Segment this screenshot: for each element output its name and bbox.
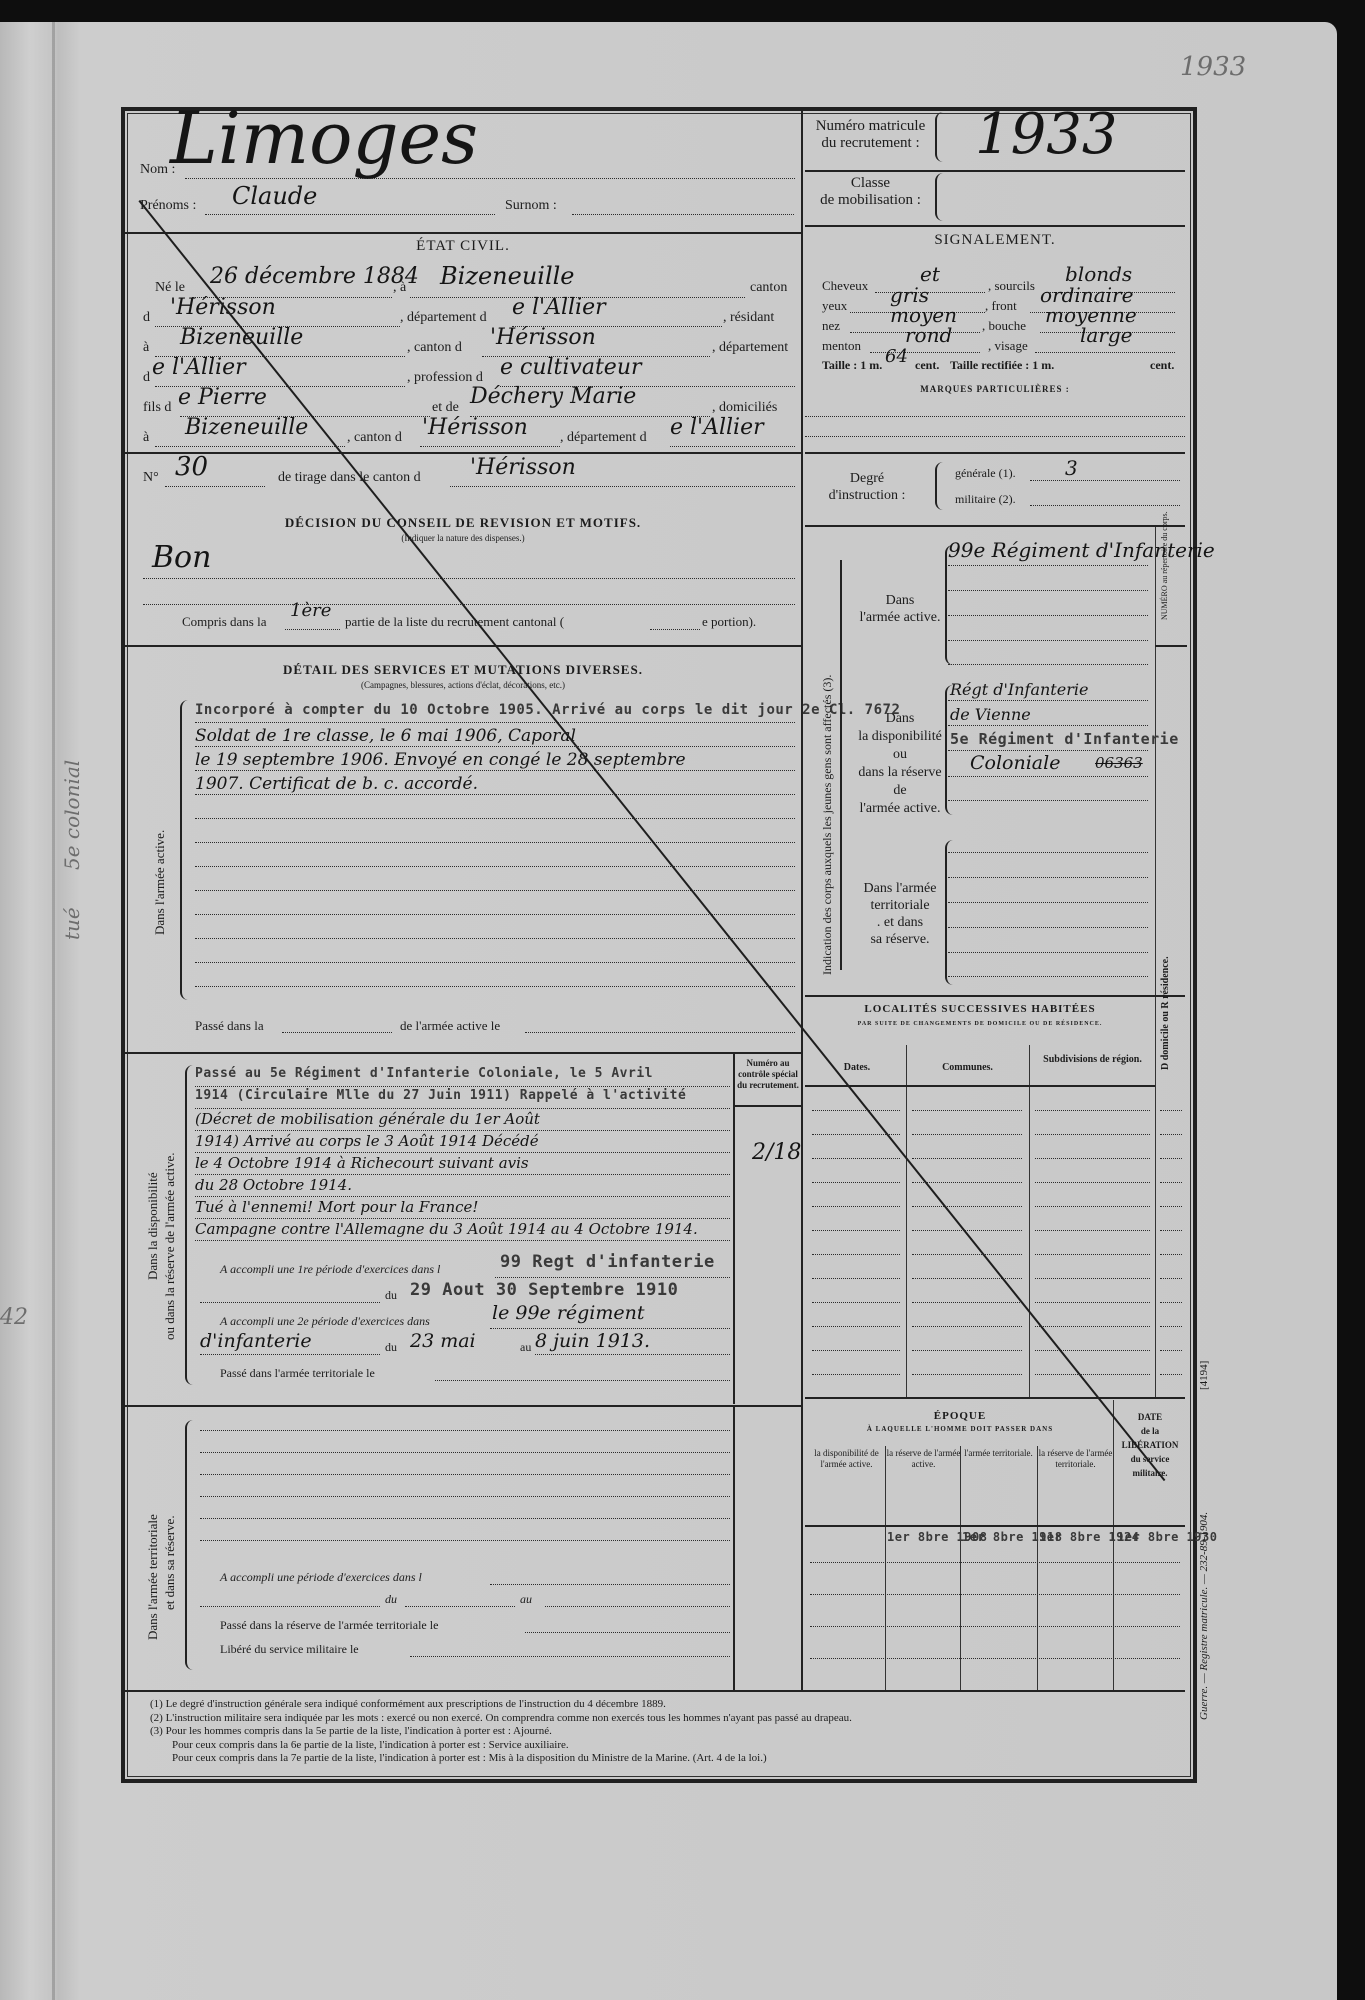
ruled-line <box>195 986 795 987</box>
footnote: Pour ceux compris dans la 6e partie de l… <box>150 1739 1180 1753</box>
ruled-line <box>912 1110 1022 1111</box>
ruled-line <box>812 1230 900 1231</box>
header-line: LIBÉRATION <box>1115 1438 1185 1452</box>
ruled-line <box>195 1174 730 1175</box>
ruled-line <box>1160 1326 1182 1327</box>
ruled-line <box>1035 1158 1150 1159</box>
localites-title: LOCALITÉS SUCCESSIVES HABITÉES <box>810 1003 1150 1015</box>
ruled-line <box>200 1430 730 1431</box>
label-line: la disponibilité <box>845 728 955 746</box>
ruled-line <box>200 1452 730 1453</box>
label-line: Dans <box>845 710 955 728</box>
ruled-line <box>1160 1110 1182 1111</box>
ruled-line <box>200 1540 730 1541</box>
services-title: DÉTAIL DES SERVICES ET MUTATIONS DIVERSE… <box>125 662 801 678</box>
taille-value: 64 <box>885 346 908 367</box>
periode2-au: 8 juin 1913. <box>535 1330 650 1352</box>
ruled-line <box>195 722 795 723</box>
classe-label: Classede mobilisation : <box>808 175 933 209</box>
domicile-parents: Bizeneuille <box>185 415 308 440</box>
ruled-line <box>812 1110 900 1111</box>
ruled-line <box>1035 1278 1150 1279</box>
localites-col-2: Communes. <box>906 1062 1029 1073</box>
ruled-line <box>912 1326 1022 1327</box>
reserve-service-entry: Passé au 5e Régiment d'Infanterie Coloni… <box>195 1066 653 1081</box>
ruled-line <box>195 938 795 939</box>
footnote: Pour ceux compris dans la 7e partie de l… <box>150 1752 1180 1766</box>
pencil-margin-note-2: tué <box>60 907 84 940</box>
localites-col-1: Dates. <box>808 1062 906 1073</box>
imprint: Guerre. — Registre matricule. — 232-89-1… <box>1198 1512 1210 1720</box>
ruled-line <box>812 1182 900 1183</box>
label-line: dans la réserve <box>845 764 955 782</box>
corps-side-label: Indication des corps auxquels les jeunes… <box>820 675 835 975</box>
reserve-service-entry: 1914) Arrivé au corps le 3 Août 1914 Déc… <box>195 1132 539 1150</box>
pencil-page-number: 1933 <box>1180 52 1246 82</box>
column-divider <box>960 1446 961 1690</box>
corps-dispo-value-1: Régt d'Infanterie <box>950 680 1088 699</box>
profession: e cultivateur <box>500 355 642 380</box>
ruled-line <box>812 1374 900 1375</box>
ruled-line <box>912 1254 1022 1255</box>
mere: Déchery Marie <box>470 384 636 409</box>
partie-value: 1ère <box>290 600 331 621</box>
ruled-line <box>200 1496 730 1497</box>
ruled-line <box>1035 1302 1150 1303</box>
ruled-line <box>812 1158 900 1159</box>
corps-dispo-value-4: Coloniale <box>970 752 1060 774</box>
side-label-terr-1: Dans l'armée territoriale <box>145 1514 161 1640</box>
ruled-line <box>195 1130 730 1131</box>
etat-civil-title: ÉTAT CIVIL. <box>125 238 801 255</box>
ruled-line <box>195 962 795 963</box>
departement-residence: e l'Allier <box>152 355 246 380</box>
header-line: militaire. <box>1115 1466 1185 1480</box>
ruled-line <box>195 1218 730 1219</box>
localites-col-3: Subdivisions de région. <box>1035 1054 1150 1066</box>
matricule-label: Numéro matriculedu recrutement : <box>808 118 933 152</box>
ruled-line <box>912 1278 1022 1279</box>
corps-dispo-label: Dansla disponibilitéoudans la réservedel… <box>845 710 955 818</box>
label-line: l'armée active. <box>845 800 955 818</box>
footnote: (1) Le degré d'instruction générale sera… <box>150 1698 1180 1712</box>
date-naissance: 26 décembre 1884 <box>210 264 419 289</box>
ruled-line <box>200 1474 730 1475</box>
ruled-line <box>812 1278 900 1279</box>
label-line: de <box>845 782 955 800</box>
footnote: (2) L'instruction militaire sera indiqué… <box>150 1712 1180 1726</box>
canton-parents: 'Hérisson <box>422 415 528 440</box>
corps-dispo-number: 06363 <box>1095 754 1143 772</box>
epoque-column-header: la réserve de l'armée territoriale. <box>1037 1448 1114 1470</box>
ruled-line <box>1160 1182 1182 1183</box>
ruled-line <box>812 1302 900 1303</box>
ruled-line <box>1160 1134 1182 1135</box>
footnotes: (1) Le degré d'instruction générale sera… <box>150 1698 1180 1766</box>
ruled-line <box>912 1302 1022 1303</box>
ruled-line <box>912 1182 1022 1183</box>
reserve-service-entry: Tué à l'ennemi! Mort pour la France! <box>195 1198 478 1216</box>
side-label-dispo-1: Dans la disponibilité <box>145 1172 161 1280</box>
corps-active-label: Dansl'armée active. <box>845 592 955 626</box>
ruled-line <box>1160 1206 1182 1207</box>
column-divider <box>801 111 803 1691</box>
epoque-title: ÉPOQUE <box>810 1410 1110 1422</box>
ruled-line <box>1160 1158 1182 1159</box>
ruled-line <box>195 1152 730 1153</box>
surnom-label: Surnom : <box>505 198 557 214</box>
ruled-line <box>912 1134 1022 1135</box>
ruled-line <box>1160 1350 1182 1351</box>
ruled-line <box>912 1374 1022 1375</box>
label-line: territoriale <box>845 897 955 914</box>
numero-tirage: 30 <box>175 452 208 482</box>
ruled-line <box>1160 1230 1182 1231</box>
label-line: . et dans <box>845 914 955 931</box>
ruled-line <box>195 1108 730 1109</box>
ruled-line <box>1160 1254 1182 1255</box>
controle-header: Numéro au contrôle spécial du recrutemen… <box>735 1058 801 1091</box>
pere: e Pierre <box>178 385 267 410</box>
periode2-du: 23 mai <box>410 1330 476 1352</box>
header-divider <box>125 232 801 234</box>
instruction-label: Degréd'instruction : <box>812 470 922 504</box>
footnote: (3) Pour les hommes compris dans la 5e p… <box>150 1725 1180 1739</box>
ruled-line <box>1160 1302 1182 1303</box>
periode1-value: 99 Regt d'infanterie <box>500 1252 715 1272</box>
ruled-line <box>1035 1326 1150 1327</box>
pencil-margin-note: 5e colonial <box>60 760 84 870</box>
ruled-line <box>195 818 795 819</box>
instruction-generale-value: 3 <box>1065 456 1078 480</box>
header-line: DATE <box>1115 1410 1185 1424</box>
corps-active-value: 99e Régiment d'Infanterie <box>948 538 1215 562</box>
menton-value: rond <box>905 323 952 347</box>
signalement-title: SIGNALEMENT. <box>805 232 1185 249</box>
label-line: Dans l'armée <box>845 880 955 897</box>
periode1-dates: 29 Aout 30 Septembre 1910 <box>410 1280 678 1300</box>
ruled-line <box>1035 1182 1150 1183</box>
ruled-line <box>195 890 795 891</box>
ruled-line <box>1035 1374 1150 1375</box>
corps-dispo-value-3: 5e Régiment d'Infanterie <box>950 730 1179 748</box>
decision-title: DÉCISION DU CONSEIL DE REVISION ET MOTIF… <box>125 515 801 531</box>
pencil-margin-number: 42 <box>0 1305 28 1330</box>
ruled-line <box>812 1254 900 1255</box>
label-line: ou <box>845 746 955 764</box>
ruled-line <box>1160 1278 1182 1279</box>
ruled-line <box>1035 1206 1150 1207</box>
liberation-header: DATEde laLIBÉRATIONdu servicemilitaire. <box>1115 1410 1185 1480</box>
visage-value: large <box>1080 323 1133 347</box>
controle-value: 2/18 <box>752 1140 801 1165</box>
departement-naissance: e l'Allier <box>512 295 606 320</box>
imprint-code: [4194] <box>1198 1361 1210 1390</box>
active-service-entry: 1907. Certificat de b. c. accordé. <box>195 774 478 794</box>
ruled-line <box>195 914 795 915</box>
marques-title: MARQUES PARTICULIÈRES : <box>805 384 1185 394</box>
column-divider <box>1037 1446 1038 1690</box>
ruled-line <box>1160 1374 1182 1375</box>
ruled-line <box>1035 1350 1150 1351</box>
reserve-service-entry: (Décret de mobilisation générale du 1er … <box>195 1110 540 1128</box>
matricule-value: 1933 <box>975 102 1118 167</box>
ruled-line <box>912 1158 1022 1159</box>
ruled-line <box>1035 1110 1150 1111</box>
localites-col-4: D domicile ou R résidence. <box>1160 1000 1171 1070</box>
canton-residence: 'Hérisson <box>490 325 596 350</box>
side-label-terr-2: et dans sa réserve. <box>162 1515 178 1610</box>
numero-repertoire-header: NUMÉRO au répertoire du corps. <box>1160 530 1170 620</box>
ruled-line <box>912 1350 1022 1351</box>
epoque-column-header: la réserve de l'armée active. <box>885 1448 962 1470</box>
lieu-naissance: Bizeneuille <box>440 262 575 290</box>
ruled-line <box>195 1086 730 1087</box>
ruled-line <box>195 794 795 795</box>
reserve-service-entry: du 28 Octobre 1914. <box>195 1176 352 1194</box>
prenoms-value: Claude <box>232 182 317 210</box>
corps-terr-label: Dans l'arméeterritoriale. et danssa rése… <box>845 880 955 948</box>
nom-value: Limoges <box>170 96 478 180</box>
departement-parents: e l'Allier <box>670 415 764 440</box>
epoque-column-header: la disponibilité de l'armée active. <box>808 1448 885 1470</box>
binding-gutter <box>52 22 55 2000</box>
ruled-line <box>200 1518 730 1519</box>
ruled-line <box>195 842 795 843</box>
reserve-service-entry: 1914 (Circulaire Mlle du 27 Juin 1911) R… <box>195 1088 686 1103</box>
ruled-line <box>912 1206 1022 1207</box>
ruled-line <box>912 1230 1022 1231</box>
ruled-line <box>195 866 795 867</box>
ruled-line <box>1035 1134 1150 1135</box>
ruled-line <box>812 1326 900 1327</box>
reserve-service-entry: le 4 Octobre 1914 à Richecourt suivant a… <box>195 1154 529 1172</box>
column-divider <box>885 1446 886 1690</box>
ruled-line <box>195 1240 730 1241</box>
ruled-line <box>195 1196 730 1197</box>
side-label-active: Dans l'armée active. <box>152 830 168 935</box>
ruled-line <box>812 1350 900 1351</box>
active-service-entry: Soldat de 1re classe, le 6 mai 1906, Cap… <box>195 726 576 746</box>
side-label-dispo-2: ou dans la réserve de l'armée active. <box>162 1153 178 1341</box>
active-service-entry: le 19 septembre 1906. Envoyé en congé le… <box>195 750 686 770</box>
ruled-line <box>195 746 795 747</box>
epoque-column-header: l'armée territoriale. <box>960 1448 1037 1459</box>
ruled-line <box>812 1206 900 1207</box>
periode2-value: le 99e régiment <box>492 1302 645 1324</box>
canton-tirage: 'Hérisson <box>470 455 576 480</box>
ruled-line <box>195 770 795 771</box>
reserve-service-entry: Campagne contre l'Allemagne du 3 Août 19… <box>195 1220 698 1238</box>
ruled-line <box>1035 1230 1150 1231</box>
label-line: sa réserve. <box>845 931 955 948</box>
nom-label: Nom : <box>140 162 175 178</box>
decision-value: Bon <box>152 540 211 575</box>
ruled-line <box>1035 1254 1150 1255</box>
